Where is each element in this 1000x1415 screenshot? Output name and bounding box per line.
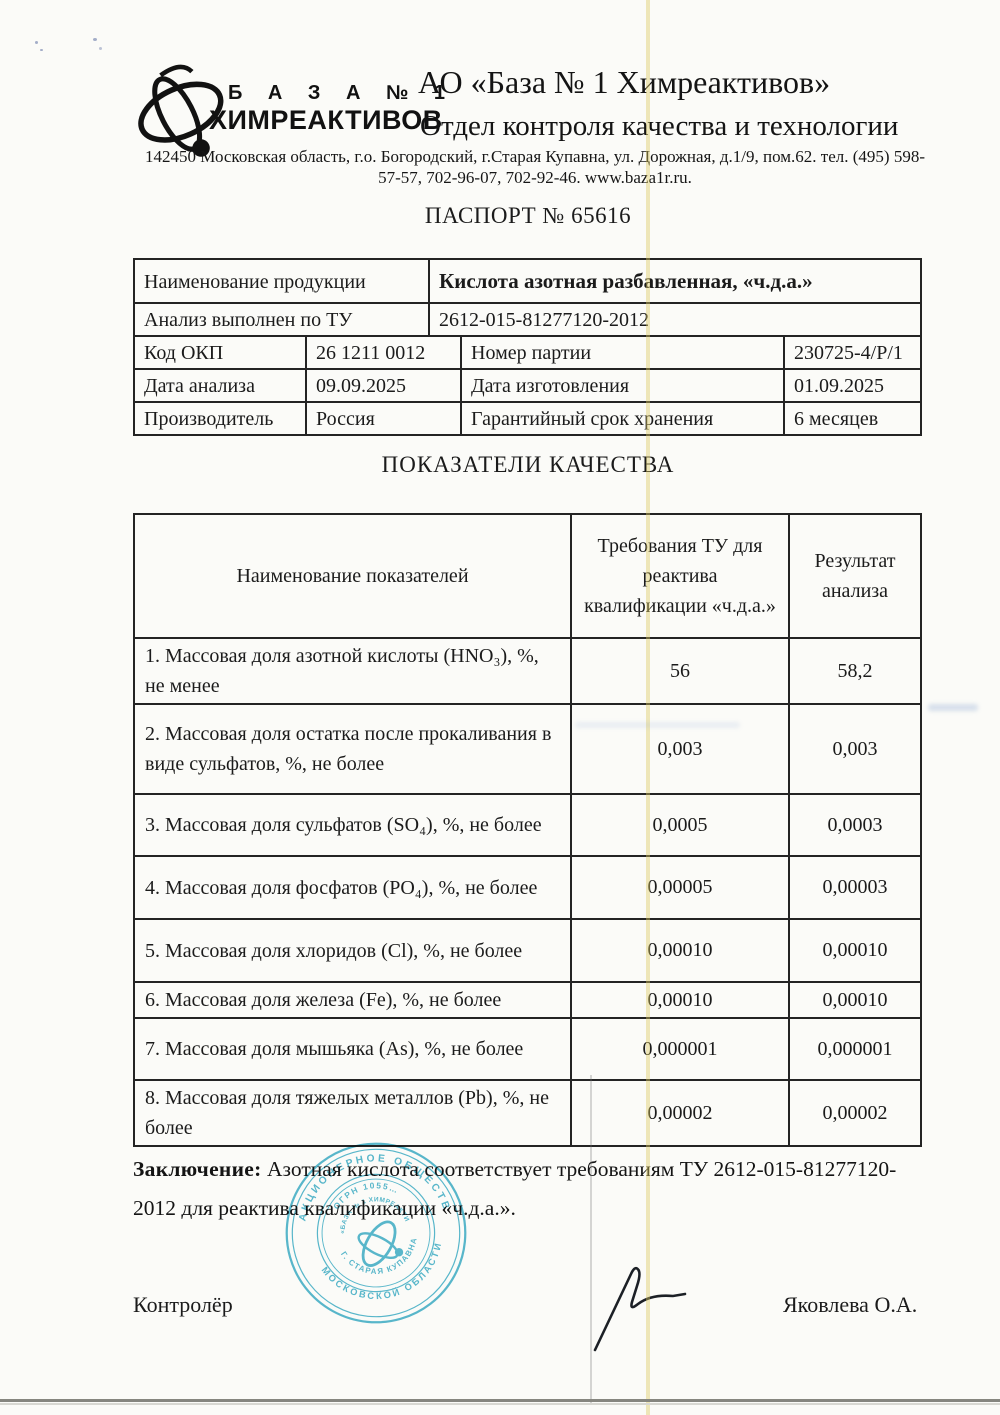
scan-crease-line bbox=[590, 1075, 592, 1405]
org-name: АО «База № 1 Химреактивов» bbox=[418, 64, 830, 101]
table-row: 2. Массовая доля остатка после прокалива… bbox=[134, 704, 921, 794]
scan-speck bbox=[40, 49, 43, 51]
scan-fold-yellow-line bbox=[646, 0, 650, 1415]
scan-speck bbox=[93, 38, 97, 41]
col-header-name: Наименование показателей bbox=[134, 514, 571, 638]
indicator-result: 0,00010 bbox=[789, 982, 921, 1018]
indicator-requirement: 0,000001 bbox=[571, 1018, 789, 1080]
table-row: 8. Массовая доля тяжелых металлов (Pb), … bbox=[134, 1080, 921, 1146]
address-line1: 142450 Московская область, г.о. Богородс… bbox=[70, 146, 1000, 167]
indicator-name: 7. Массовая доля мышьяка (As), %, не бол… bbox=[134, 1018, 571, 1080]
col-header-result: Результат анализа bbox=[789, 514, 921, 638]
controller-role-label: Контролёр bbox=[133, 1292, 233, 1318]
okp-value: 26 1211 0012 bbox=[306, 336, 461, 369]
manufacturer-value: Россия bbox=[306, 402, 461, 435]
shelf-life-value: 6 месяцев bbox=[784, 402, 921, 435]
indicator-name: 1. Массовая доля азотной кислоты (HNO₃),… bbox=[134, 638, 571, 704]
passport-title: ПАСПОРТ № 65616 bbox=[56, 203, 1000, 229]
conclusion-paragraph: Заключение: Азотная кислота соответствуе… bbox=[133, 1150, 905, 1229]
department-title: Отдел контроля качества и технологии bbox=[420, 110, 898, 143]
table-row: Дата анализа 09.09.2025 Дата изготовлени… bbox=[134, 369, 921, 402]
tu-label: Анализ выполнен по ТУ bbox=[134, 303, 429, 336]
okp-label: Код ОКП bbox=[134, 336, 306, 369]
indicator-requirement: 56 bbox=[571, 638, 789, 704]
quality-section-title: ПОКАЗАТЕЛИ КАЧЕСТВА bbox=[56, 452, 1000, 478]
indicator-result: 0,003 bbox=[789, 704, 921, 794]
table-row: 3. Массовая доля сульфатов (SO₄), %, не … bbox=[134, 794, 921, 856]
address-line2: 57-57, 702-96-07, 702-92-46. www.baza1r.… bbox=[70, 167, 1000, 188]
product-label: Наименование продукции bbox=[134, 259, 429, 303]
batch-value: 230725-4/Р/1 bbox=[784, 336, 921, 369]
table-row: 5. Массовая доля хлоридов (Cl), %, не бо… bbox=[134, 919, 921, 982]
scan-speck bbox=[99, 47, 102, 50]
indicator-name: 5. Массовая доля хлоридов (Cl), %, не бо… bbox=[134, 919, 571, 982]
address-block: 142450 Московская область, г.о. Богородс… bbox=[70, 146, 1000, 188]
table-row: 4. Массовая доля фосфатов (PO₄), %, не б… bbox=[134, 856, 921, 919]
scan-bottom-edge bbox=[0, 1399, 1000, 1402]
indicator-name: 6. Массовая доля железа (Fe), %, не боле… bbox=[134, 982, 571, 1018]
col-header-requirement: Требования ТУ для реактива квалификации … bbox=[571, 514, 789, 638]
product-value: Кислота азотная разбавленная, «ч.д.а.» bbox=[429, 259, 921, 303]
mfg-date-value: 01.09.2025 bbox=[784, 369, 921, 402]
indicator-result: 0,00002 bbox=[789, 1080, 921, 1146]
indicator-name: 3. Массовая доля сульфатов (SO₄), %, не … bbox=[134, 794, 571, 856]
table-row: 1. Массовая доля азотной кислоты (HNO₃),… bbox=[134, 638, 921, 704]
scan-speck bbox=[35, 41, 38, 44]
table-row: 7. Массовая доля мышьяка (As), %, не бол… bbox=[134, 1018, 921, 1080]
indicator-result: 0,00010 bbox=[789, 919, 921, 982]
scan-smudge bbox=[928, 704, 978, 711]
indicator-name: 4. Массовая доля фосфатов (PO₄), %, не б… bbox=[134, 856, 571, 919]
conclusion-label: Заключение: bbox=[133, 1157, 262, 1181]
table-row: Наименование продукции Кислота азотная р… bbox=[134, 259, 921, 303]
indicator-result: 0,00003 bbox=[789, 856, 921, 919]
indicator-requirement: 0,00005 bbox=[571, 856, 789, 919]
indicator-name: 8. Массовая доля тяжелых металлов (Pb), … bbox=[134, 1080, 571, 1146]
analysis-date-value: 09.09.2025 bbox=[306, 369, 461, 402]
scan-smudge bbox=[575, 722, 740, 728]
indicator-result: 0,0003 bbox=[789, 794, 921, 856]
shelf-life-label: Гарантийный срок хранения bbox=[461, 402, 784, 435]
manufacturer-label: Производитель bbox=[134, 402, 306, 435]
quality-table: Наименование показателей Требования ТУ д… bbox=[133, 513, 922, 1147]
table-row: 6. Массовая доля железа (Fe), %, не боле… bbox=[134, 982, 921, 1018]
indicator-result: 0,000001 bbox=[789, 1018, 921, 1080]
mfg-date-label: Дата изготовления bbox=[461, 369, 784, 402]
svg-text:«БАЗА № 1 ХИМРЕАКТИВОВ»: «БАЗА № 1 ХИМРЕАКТИВОВ» bbox=[261, 1129, 411, 1258]
tu-value: 2612-015-81277120-2012 bbox=[429, 303, 921, 336]
stamp-inner-ring-text: «БАЗА № 1 ХИМРЕАКТИВОВ» bbox=[261, 1129, 411, 1258]
indicator-requirement: 0,00010 bbox=[571, 982, 789, 1018]
table-row: Код ОКП 26 1211 0012 Номер партии 230725… bbox=[134, 336, 921, 369]
inspector-name: Яковлева О.А. bbox=[783, 1292, 917, 1318]
product-info-table: Наименование продукции Кислота азотная р… bbox=[133, 258, 922, 436]
indicator-name: 2. Массовая доля остатка после прокалива… bbox=[134, 704, 571, 794]
table-row: Производитель Россия Гарантийный срок хр… bbox=[134, 402, 921, 435]
indicator-requirement: 0,00010 bbox=[571, 919, 789, 982]
indicator-requirement: 0,0005 bbox=[571, 794, 789, 856]
scan-bottom-edge-light bbox=[0, 1403, 1000, 1405]
analysis-date-label: Дата анализа bbox=[134, 369, 306, 402]
table-row: Анализ выполнен по ТУ 2612-015-81277120-… bbox=[134, 303, 921, 336]
quality-header-row: Наименование показателей Требования ТУ д… bbox=[134, 514, 921, 638]
indicator-requirement: 0,003 bbox=[571, 704, 789, 794]
batch-label: Номер партии bbox=[461, 336, 784, 369]
indicator-result: 58,2 bbox=[789, 638, 921, 704]
brand-line2: ХИМРЕАКТИВОВ bbox=[209, 105, 443, 136]
indicator-requirement: 0,00002 bbox=[571, 1080, 789, 1146]
